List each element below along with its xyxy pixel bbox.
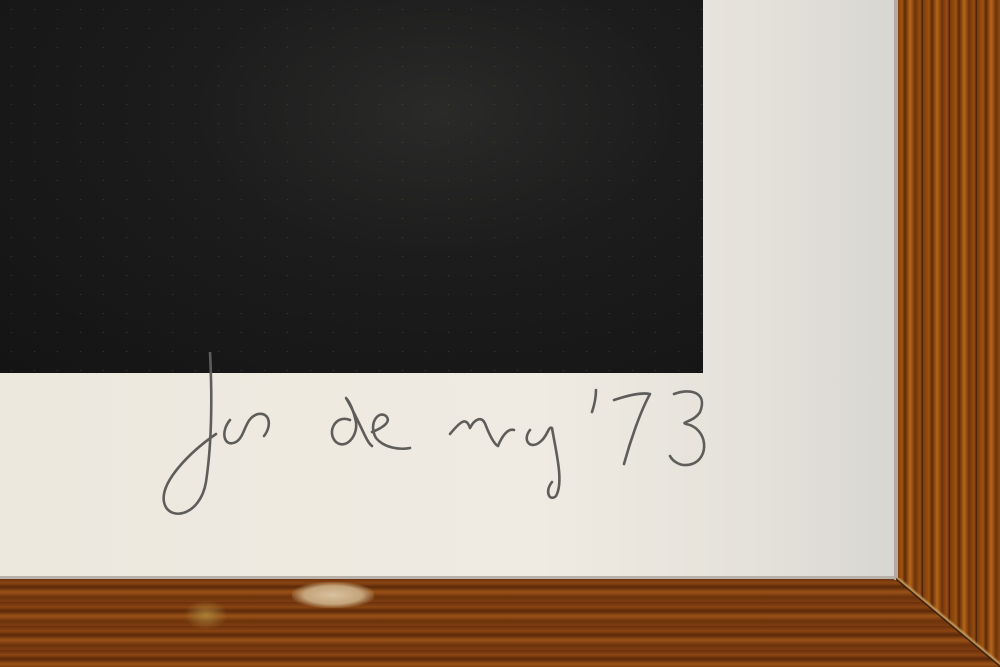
pencil-signature: jos de mey '73 bbox=[160, 352, 720, 527]
wood-frame-bottom bbox=[0, 578, 1000, 667]
black-print-area bbox=[0, 0, 703, 373]
frame-miter-joint bbox=[896, 578, 1000, 667]
frame-chip-mark bbox=[292, 582, 374, 608]
frame-inner-edge-right bbox=[894, 0, 898, 580]
signature-strokes bbox=[160, 352, 720, 527]
frame-inner-edge-bottom bbox=[0, 576, 898, 579]
frame-wear-mark bbox=[184, 600, 228, 630]
wood-frame-right bbox=[896, 0, 1000, 667]
